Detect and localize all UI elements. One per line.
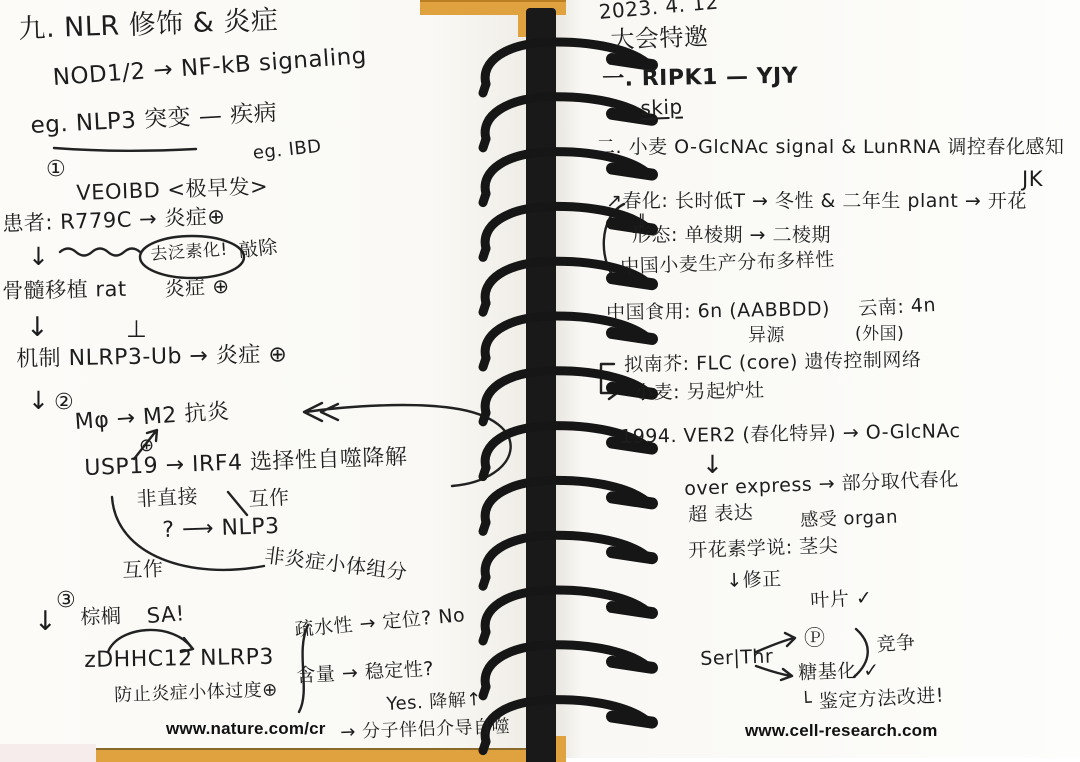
interaction-label-2: 互作 bbox=[122, 559, 164, 581]
interaction-label-1: 互作 bbox=[248, 487, 290, 510]
wheat-new-line: 小麦: 另起炉灶 bbox=[634, 382, 765, 404]
down-arrow-4: ↓ bbox=[34, 608, 57, 636]
jk-label: JK bbox=[1022, 168, 1043, 190]
inhibit-tbar: ⊥ bbox=[126, 317, 147, 342]
yunnan-line: 云南: 4n bbox=[858, 296, 937, 320]
non-inflammasome-label: 非炎症小体组分 bbox=[263, 545, 408, 583]
palmitoylation-label: 棕榈 bbox=[80, 606, 122, 628]
circled-1: ① bbox=[46, 158, 66, 181]
handwritten-notes-layer: www.nature.com/cr www.cell-research.com … bbox=[0, 0, 1080, 762]
ibd-example: eg. IBD bbox=[252, 138, 323, 164]
organ-label: 感受 organ bbox=[800, 509, 898, 531]
glycosylation-label: 糖基化 ✓ bbox=[798, 661, 880, 684]
item-one-line: 一. RIPK1 — YJY bbox=[602, 65, 798, 92]
date-line: 2023. 4. 12 bbox=[598, 0, 719, 23]
ver2-line: 1994. VER2 (春化特异) → O-GlcNAc bbox=[620, 422, 961, 448]
meeting-title: 大会特邀 bbox=[610, 25, 709, 54]
down-arrow-2: ↓ bbox=[26, 314, 49, 342]
phospho-label: Ⓟ bbox=[804, 627, 826, 649]
florigen-line: 开花素学说: 茎尖 bbox=[688, 537, 839, 562]
inflammation-below-circle: 炎症 ⊕ bbox=[164, 276, 230, 300]
item-two-line: 二. 小麦 O-GlcNAc signal & LunRNA 调控春化感知 bbox=[596, 138, 1064, 158]
knockout-label: 敲除 bbox=[238, 238, 279, 262]
chaperone-line: → 分子伴侣介导自噬 bbox=[340, 718, 510, 743]
ser-thr-label: Ser|Thr bbox=[700, 647, 774, 669]
method-line: └ 鉴定方法改进! bbox=[800, 686, 944, 713]
circled-2: ② bbox=[54, 391, 74, 414]
patient-line: 患者: R779C → 炎症⊕ bbox=[2, 205, 226, 235]
yes-degradation-line: Yes. 降解↑ bbox=[386, 691, 482, 715]
circled-3: ③ bbox=[56, 589, 76, 612]
vernalization-line: ↗春化: 长时低T → 冬性 & 二年生 plant → 开花 bbox=[606, 192, 1027, 212]
zdhhc12-nlrp3-line: zDHHC12 NLRP3 bbox=[84, 646, 274, 672]
content-line: 含量 → 稳定性? bbox=[296, 660, 434, 687]
nod-signaling-line: NOD1/2 → NF-kB signaling bbox=[52, 44, 368, 90]
leaf-label: 叶片 ✓ bbox=[810, 589, 873, 612]
notebook-photo: www.nature.com/cr www.cell-research.com … bbox=[0, 0, 1080, 762]
sa-label: SA! bbox=[146, 602, 185, 627]
cellresearch-url: www.cell-research.com bbox=[745, 722, 938, 740]
question-nlp3-line: ? ⟶ NLP3 bbox=[162, 515, 280, 542]
usp19-line: USP19 → IRF4 选择性自噬降解 bbox=[84, 446, 408, 480]
nlp3-mutation-line: eg. NLP3 突变 — 疾病 bbox=[30, 101, 278, 138]
morphology-line: 形态: 单棱期 → 二棱期 bbox=[632, 226, 831, 246]
prevent-line: 防止炎症小体过度⊕ bbox=[114, 681, 278, 706]
overexpress-cn-label: 超 表达 bbox=[688, 504, 754, 526]
foreign-label: (外国) bbox=[855, 326, 904, 344]
china-ploidy-line: 中国食用: 6n (AABBDD) bbox=[606, 300, 830, 324]
veoibd-line: VEOIBD <极早发> bbox=[76, 175, 268, 204]
indirect-label: 非直接 bbox=[136, 486, 199, 510]
section-title: 九. NLR 修饰 & 炎症 bbox=[18, 7, 279, 44]
bone-marrow-line: 骨髓移植 rat bbox=[2, 278, 127, 302]
deubiquitination-circle: 去泛素化! bbox=[150, 242, 228, 265]
hydrophobicity-line: 疏水性 → 定位? No bbox=[294, 606, 466, 641]
nature-url: www.nature.com/cr bbox=[166, 720, 326, 738]
competition-label: 竞争 bbox=[876, 633, 916, 656]
overexpress-line: over express → 部分取代春化 bbox=[684, 470, 959, 500]
skip-label: skip bbox=[640, 97, 683, 119]
revision-label: ↓修正 bbox=[726, 570, 782, 592]
macrophage-line: Mφ → M2 抗炎 bbox=[74, 400, 230, 434]
allopolyploid-label: 异源 bbox=[748, 327, 785, 346]
arabidopsis-line: 拟南芥: FLC (core) 遗传控制网络 bbox=[624, 351, 922, 376]
down-arrow-1: ↓ bbox=[28, 244, 49, 270]
down-arrow-ver2: ↓ bbox=[702, 452, 723, 478]
wheat-distribution-line: 中国小麦生产分布多样性 bbox=[620, 251, 835, 278]
down-arrow-3: ↓ bbox=[28, 388, 49, 414]
mechanism-line: 机制 NLRP3-Ub → 炎症 ⊕ bbox=[16, 343, 287, 371]
